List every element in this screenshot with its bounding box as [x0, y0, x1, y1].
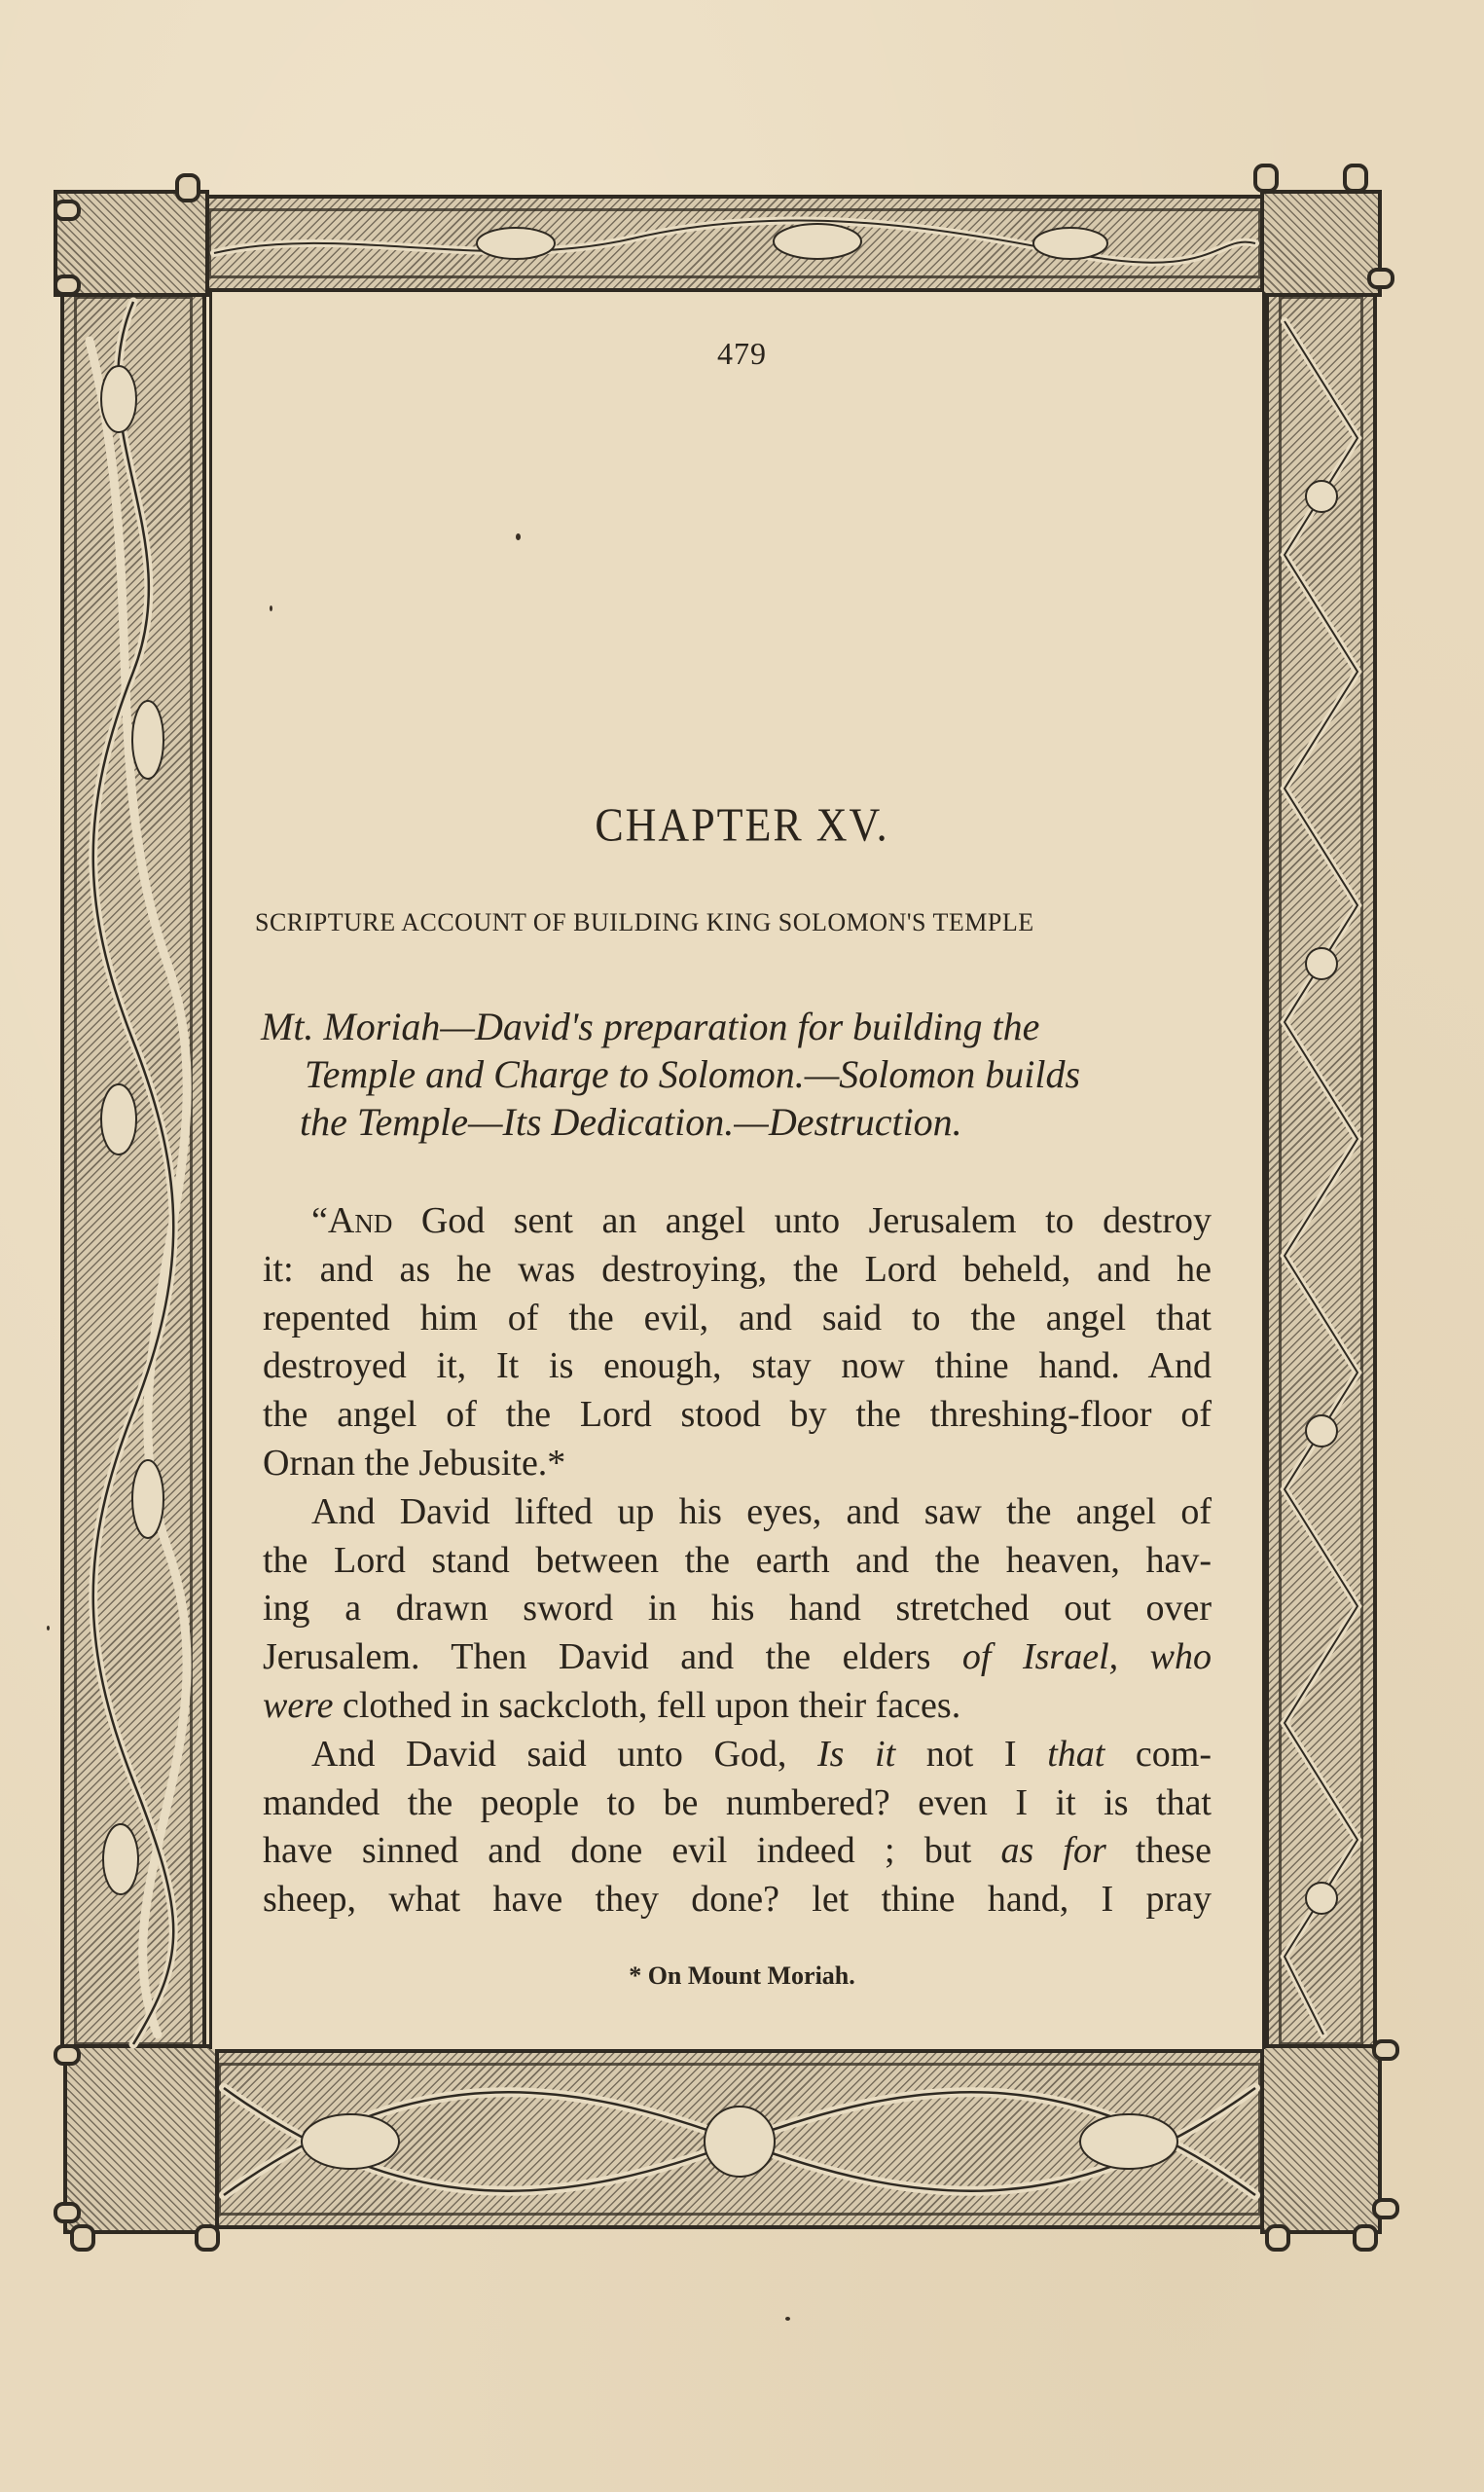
text-line: the angel of the Lord stood by the thres… — [263, 1391, 1212, 1440]
book-page: 479 CHAPTER XV. SCRIPTURE ACCOUNT OF BUI… — [0, 0, 1484, 2492]
chapter-subtitle: SCRIPTURE ACCOUNT OF BUILDING KING SOLOM… — [255, 908, 1228, 937]
italic-segment: were — [263, 1685, 333, 1726]
italic-segment: as for — [1000, 1830, 1105, 1871]
text-line: And David lifted up his eyes, and saw th… — [263, 1488, 1212, 1537]
text-segment: clothed in sackcloth, fell upon their fa… — [333, 1685, 960, 1726]
text-line: Jerusalem. Then David and the elders of … — [263, 1633, 1212, 1682]
paper-speck — [270, 605, 272, 611]
small-caps-word: And — [328, 1200, 392, 1241]
chapter-summary: Mt. Moriah—David's preparation for build… — [261, 1003, 1234, 1146]
text-segment: these — [1106, 1830, 1212, 1871]
text-line: repented him of the evil, and said to th… — [263, 1295, 1212, 1343]
text-line: were clothed in sackcloth, fell upon the… — [263, 1682, 1212, 1731]
rail-end-icon — [1367, 268, 1394, 289]
corner-knot-icon — [1260, 2044, 1382, 2234]
summary-line: Temple and Charge to Solomon.—Solomon bu… — [261, 1050, 1234, 1098]
rail-end-icon — [70, 2224, 95, 2252]
text-line: it: and as he was destroying, the Lord b… — [263, 1246, 1212, 1295]
text-line: have sinned and done evil indeed ; but a… — [263, 1827, 1212, 1876]
corner-knot-icon — [1260, 190, 1382, 297]
rail-end-icon — [1372, 2198, 1399, 2219]
text-line: ing a drawn sword in his hand stretched … — [263, 1585, 1212, 1633]
rail-end-icon — [175, 173, 200, 202]
ornament-border-bottom — [204, 2049, 1275, 2229]
ornament-border-top — [195, 195, 1275, 292]
rail-end-icon — [1343, 164, 1368, 193]
text-segment: not I — [895, 1734, 1047, 1775]
rail-end-icon — [1253, 164, 1279, 193]
paper-speck — [47, 1626, 50, 1631]
ornament-border-left — [60, 282, 206, 2059]
text-line: sheep, what have they done? let thine ha… — [263, 1876, 1212, 1924]
chapter-heading: CHAPTER XV. — [0, 797, 1484, 852]
summary-line: Mt. Moriah—David's preparation for build… — [261, 1003, 1234, 1050]
italic-segment: Is it — [817, 1734, 895, 1775]
text-segment: And David said unto God, — [311, 1734, 817, 1775]
footnote: * On Mount Moriah. — [0, 1961, 1484, 1991]
rail-end-icon — [1265, 2224, 1290, 2252]
text-segment: God sent an angel unto Jerusalem to dest… — [392, 1200, 1212, 1241]
ornament-border-right — [1265, 282, 1377, 2059]
text-line: manded the people to be numbered? even I… — [263, 1779, 1212, 1828]
rail-end-icon — [1372, 2039, 1399, 2061]
italic-segment: that — [1047, 1734, 1104, 1775]
text-line: “And God sent an angel unto Jerusalem to… — [263, 1197, 1212, 1246]
text-segment: have sinned and done evil indeed ; but — [263, 1830, 1000, 1871]
page-number: 479 — [0, 336, 1484, 372]
paper-speck — [785, 2317, 790, 2321]
text-line: And David said unto God, Is it not I tha… — [263, 1731, 1212, 1779]
open-quote: “ — [311, 1200, 328, 1241]
text-line: Ornan the Jebusite.* — [263, 1440, 1212, 1488]
rail-end-icon — [54, 2044, 81, 2066]
rail-end-icon — [54, 200, 81, 221]
text-line: destroyed it, It is enough, stay now thi… — [263, 1342, 1212, 1391]
italic-segment: of Israel, who — [962, 1636, 1212, 1677]
body-text: “And God sent an angel unto Jerusalem to… — [263, 1197, 1212, 1924]
text-line: the Lord stand between the earth and the… — [263, 1537, 1212, 1586]
rail-end-icon — [54, 275, 81, 296]
rail-end-icon — [195, 2224, 220, 2252]
rail-end-icon — [1353, 2224, 1378, 2252]
rail-end-icon — [54, 2202, 81, 2223]
corner-knot-icon — [63, 2044, 219, 2234]
paper-speck — [516, 533, 521, 540]
summary-line: the Temple—Its Dedication.—Destruction. — [261, 1098, 1234, 1146]
text-segment: Jerusalem. Then David and the elders — [263, 1636, 962, 1677]
text-segment: com- — [1104, 1734, 1212, 1775]
